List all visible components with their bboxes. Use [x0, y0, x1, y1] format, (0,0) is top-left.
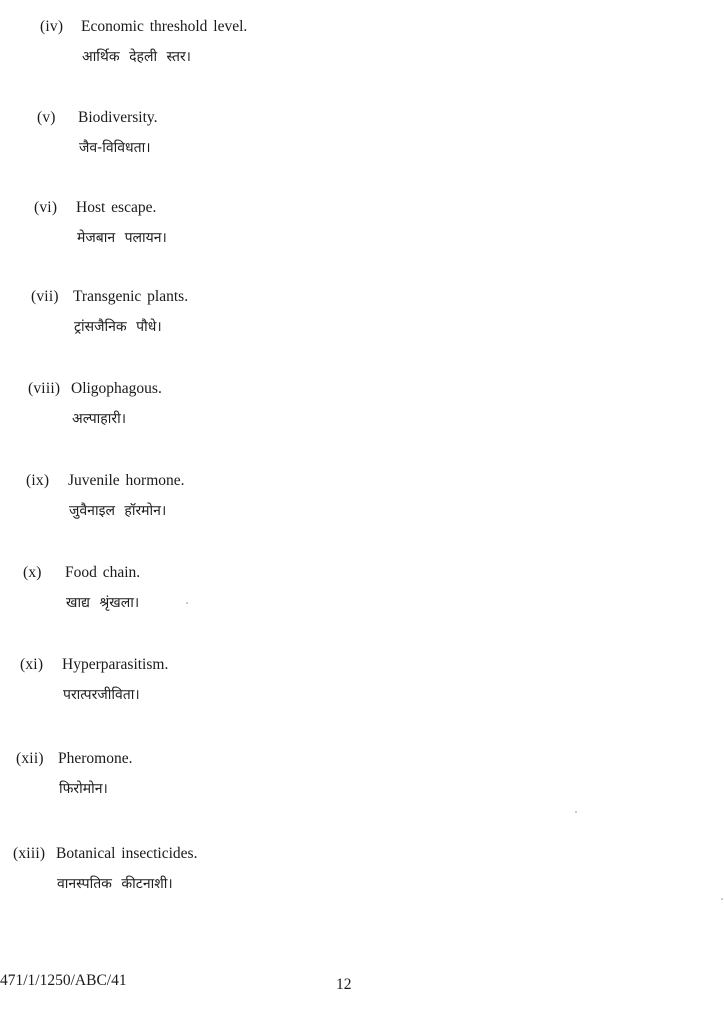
question-item: (vi)Host escape.मेजबान पलायन।: [0, 199, 700, 279]
item-number: (vi): [34, 199, 57, 217]
scan-speck: [186, 602, 188, 604]
page-number: 12: [336, 976, 352, 994]
english-term: Juvenile hormone.: [68, 472, 185, 490]
question-item: (vii)Transgenic plants.ट्रांसजैनिक पौधे।: [0, 288, 700, 368]
english-term: Hyperparasitism.: [62, 656, 168, 674]
english-term: Host escape.: [76, 199, 156, 217]
english-term: Pheromone.: [58, 750, 132, 768]
question-item: (xiii)Botanical insecticides.वानस्पतिक क…: [0, 845, 700, 925]
hindi-term: परात्परजीविता।: [63, 685, 140, 705]
question-item: (v)Biodiversity.जैव-विविधता।: [0, 109, 700, 189]
hindi-term: मेजबान पलायन।: [77, 228, 167, 248]
question-item: (iv)Economic threshold level.आर्थिक देहल…: [0, 18, 700, 98]
hindi-term: ट्रांसजैनिक पौधे।: [74, 317, 162, 337]
english-term: Oligophagous.: [71, 380, 162, 398]
hindi-term: जैव-विविधता।: [79, 138, 151, 158]
scan-speck: [721, 898, 723, 900]
item-number: (xiii): [13, 845, 45, 863]
paper-code: 471/1/1250/ABC/41: [0, 972, 127, 990]
item-number: (vii): [31, 288, 59, 306]
english-term: Transgenic plants.: [73, 288, 188, 306]
hindi-term: वानस्पतिक कीटनाशी।: [57, 874, 173, 894]
question-item: (viii)Oligophagous.अल्पाहारी।: [0, 380, 700, 460]
question-item: (xi)Hyperparasitism.परात्परजीविता।: [0, 656, 700, 736]
question-item: (x)Food chain.खाद्य श्रृंखला।: [0, 564, 700, 644]
hindi-term: आर्थिक देहली स्तर।: [82, 47, 191, 67]
item-number: (v): [37, 109, 56, 127]
item-number: (iv): [40, 18, 63, 36]
scan-speck: [575, 811, 577, 813]
hindi-term: फिरोमोन।: [59, 779, 108, 799]
item-number: (xii): [16, 750, 44, 768]
exam-page: { "items": [ {"label": "(iv)", "english"…: [0, 0, 724, 1024]
hindi-term: अल्पाहारी।: [72, 409, 126, 429]
item-number: (viii): [28, 380, 60, 398]
item-number: (x): [23, 564, 42, 582]
hindi-term: खाद्य श्रृंखला।: [66, 593, 139, 613]
english-term: Botanical insecticides.: [56, 845, 197, 863]
english-term: Economic threshold level.: [81, 18, 247, 36]
english-term: Biodiversity.: [78, 109, 158, 127]
item-number: (ix): [26, 472, 49, 490]
hindi-term: जुवैनाइल हॉरमोन।: [69, 501, 166, 521]
english-term: Food chain.: [65, 564, 140, 582]
question-item: (ix)Juvenile hormone.जुवैनाइल हॉरमोन।: [0, 472, 700, 552]
item-number: (xi): [20, 656, 43, 674]
question-item: (xii)Pheromone.फिरोमोन।: [0, 750, 700, 830]
